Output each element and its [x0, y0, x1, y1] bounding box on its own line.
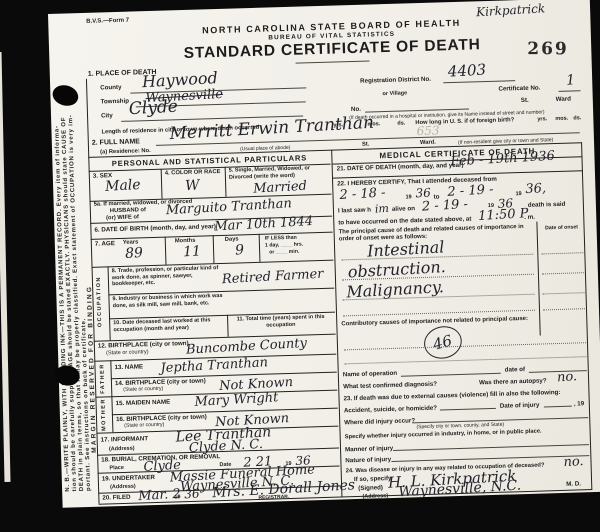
punch-hole [50, 82, 81, 108]
birthplace-sub-label: (State or country) [106, 349, 149, 357]
registration-district-value: 4403 [447, 61, 486, 81]
certificate-no-label: Certificate No. [498, 84, 540, 93]
rule-line [542, 272, 584, 274]
mos-label: mos. [555, 116, 568, 123]
autopsy-label: Was there an autopsy? [479, 377, 547, 386]
filed-label: 20. FILED [102, 494, 130, 502]
last-saw-him-value: im [375, 202, 390, 216]
undertaker-label: 19. UNDERTAKER [102, 474, 155, 483]
injury-specify-label: Specify whether injury occurred in indus… [345, 429, 542, 442]
township-label: Township [101, 98, 130, 106]
race-label: 4. COLOR OR RACE [165, 169, 221, 178]
rule-line [391, 455, 589, 462]
contributory-label: Contributory causes of importance not re… [341, 316, 528, 329]
title-underline [296, 60, 370, 63]
onset-column-divider [536, 222, 540, 336]
full-name-label: 2. FULL NAME [92, 138, 140, 148]
or-village-label: or Village [382, 90, 407, 97]
yrs-label: yrs. [537, 116, 547, 123]
mother-name-label: 15. MAIDEN NAME [115, 399, 170, 408]
rule-line [440, 408, 496, 411]
year-prefix: 19 [515, 191, 521, 198]
ds-label: ds. [573, 115, 581, 122]
injury-year-prefix: , 19 [574, 400, 585, 408]
informant-label: 17. INFORMANT [101, 435, 149, 444]
informant-address-label: (Address) [109, 446, 135, 453]
manner-of-injury-label: Manner of injury [345, 445, 393, 454]
trade-label: 8. Trade, profession, or particular kind… [112, 265, 225, 288]
date-of-label: date of [505, 366, 526, 374]
father-name-label: 13. NAME [114, 363, 143, 371]
age-label: 7. AGE [95, 240, 115, 248]
cell-divider [213, 235, 215, 263]
undertaker-address-label: (Address) [110, 484, 136, 491]
attended-to-year: 36, [525, 181, 546, 197]
sex-value: Male [105, 177, 141, 195]
rule-line [443, 80, 515, 83]
mother-birthplace-sub: (State or country) [124, 422, 164, 429]
cell-divider [259, 234, 261, 262]
meridiem-label: . m. [524, 214, 535, 222]
cell-divider [225, 167, 227, 197]
last-worked-label: 10. Date deceased last worked at this oc… [113, 317, 221, 333]
cell-divider [108, 266, 111, 340]
year-prefix: 19 [406, 194, 412, 201]
rule-line [343, 310, 535, 317]
cell-divider [161, 169, 163, 199]
mother-name-value: Mary Wright [194, 390, 279, 410]
if-so-specify-label: If so, specify [354, 475, 392, 484]
rule-line [401, 373, 501, 377]
filed-year-value: 36 [184, 487, 200, 502]
physician-address-label: (Address) [362, 493, 388, 500]
certificate-paper: N. B.—WRITE PLAINLY, WITH UNFADING INK—T… [48, 0, 600, 508]
date-of-onset-label: Date of onset [540, 224, 582, 231]
external-causes-label: 23. If death was due to external causes … [343, 389, 560, 403]
trade-value: Retired Farmer [222, 267, 324, 288]
accident-label: Accident, suicide, or homicide? [344, 405, 437, 415]
dob-value: Mar 10th 1844 [214, 214, 313, 234]
death-time-value: 11:50 P [478, 206, 529, 224]
attended-from-value: 2 - 18 - [339, 185, 386, 203]
signed-label: (Signed) [358, 484, 383, 492]
marital-label: 5. Single, Married, Widowed, or Divorced… [229, 165, 329, 181]
occupation-side-label: OCCUPATION [95, 262, 103, 342]
city-value: Clyde [128, 97, 178, 120]
death-said-label: death is said [528, 201, 566, 210]
nature-of-injury-label: Nature of injury [345, 456, 391, 465]
age-days-value: 9 [235, 242, 245, 258]
father-birthplace-sub: (State or country) [123, 386, 163, 393]
registration-district-label: Registration District No. [360, 76, 431, 86]
contributory-code-circled: 46 [421, 322, 465, 362]
ward-label: Ward [556, 96, 571, 104]
form-border [581, 142, 592, 489]
st-label: St. [521, 97, 529, 105]
rule-line [544, 406, 572, 408]
no-label: No. [351, 106, 361, 114]
total-time-label: 11. Total time (years) spent in this occ… [233, 314, 328, 330]
operation-label: Name of operation [343, 370, 398, 379]
certificate-no-value: 1 [566, 72, 576, 88]
injury-where-note: (Specify city or town, county, and State… [416, 422, 504, 431]
ds-label: ds. [397, 120, 405, 127]
burial-place-label: Place [109, 465, 124, 472]
cell-divider [165, 237, 167, 265]
age-years-value: 89 [125, 245, 144, 262]
age-less-label: IF LESS than [265, 235, 297, 242]
autopsy-value: no. [557, 369, 578, 385]
attended-from-year: 36 [415, 186, 431, 201]
industry-label: 9. Industry or business in which work wa… [112, 293, 236, 310]
registrar-label: REGISTRAR. [258, 494, 289, 501]
rule-line [543, 292, 585, 294]
age-less-label: or ____ min. [269, 249, 299, 256]
form-number: B.V.S.—Form 7 [86, 18, 129, 26]
filed-year-prefix: 19 [174, 494, 180, 501]
county-label: County [100, 84, 122, 92]
last-saw-label: I last saw h [338, 207, 371, 215]
cell-divider [227, 315, 229, 337]
rule-line [393, 444, 589, 451]
injury-where-label: Where did injury occur? [344, 417, 415, 427]
rule-line [559, 90, 581, 92]
certificate-stamp-number: 269 [527, 39, 569, 59]
contributory-code-value: 46 [431, 331, 454, 353]
city-label: City [101, 112, 113, 120]
race-value: W [185, 177, 200, 194]
md-label: M. D. [566, 480, 581, 488]
alive-on-label: alive on [392, 205, 415, 213]
adjacent-page-edge [0, 52, 11, 482]
rule-line [344, 356, 586, 364]
rule-line [344, 342, 586, 350]
age-months-value: 11 [183, 243, 202, 260]
dob-label: 6. DATE OF BIRTH (month, day, and year) [94, 223, 216, 234]
rule-line [541, 252, 583, 254]
occupation-related-value: no. [563, 454, 584, 470]
injury-date-label: Date of injury [500, 402, 540, 411]
last-saw-value: 2 - 19 - [421, 197, 468, 215]
test-label: What test confirmed diagnosis? [343, 381, 437, 391]
rule-line [543, 308, 585, 310]
scanned-death-certificate: N. B.—WRITE PLAINLY, WITH UNFADING INK—T… [0, 0, 600, 532]
